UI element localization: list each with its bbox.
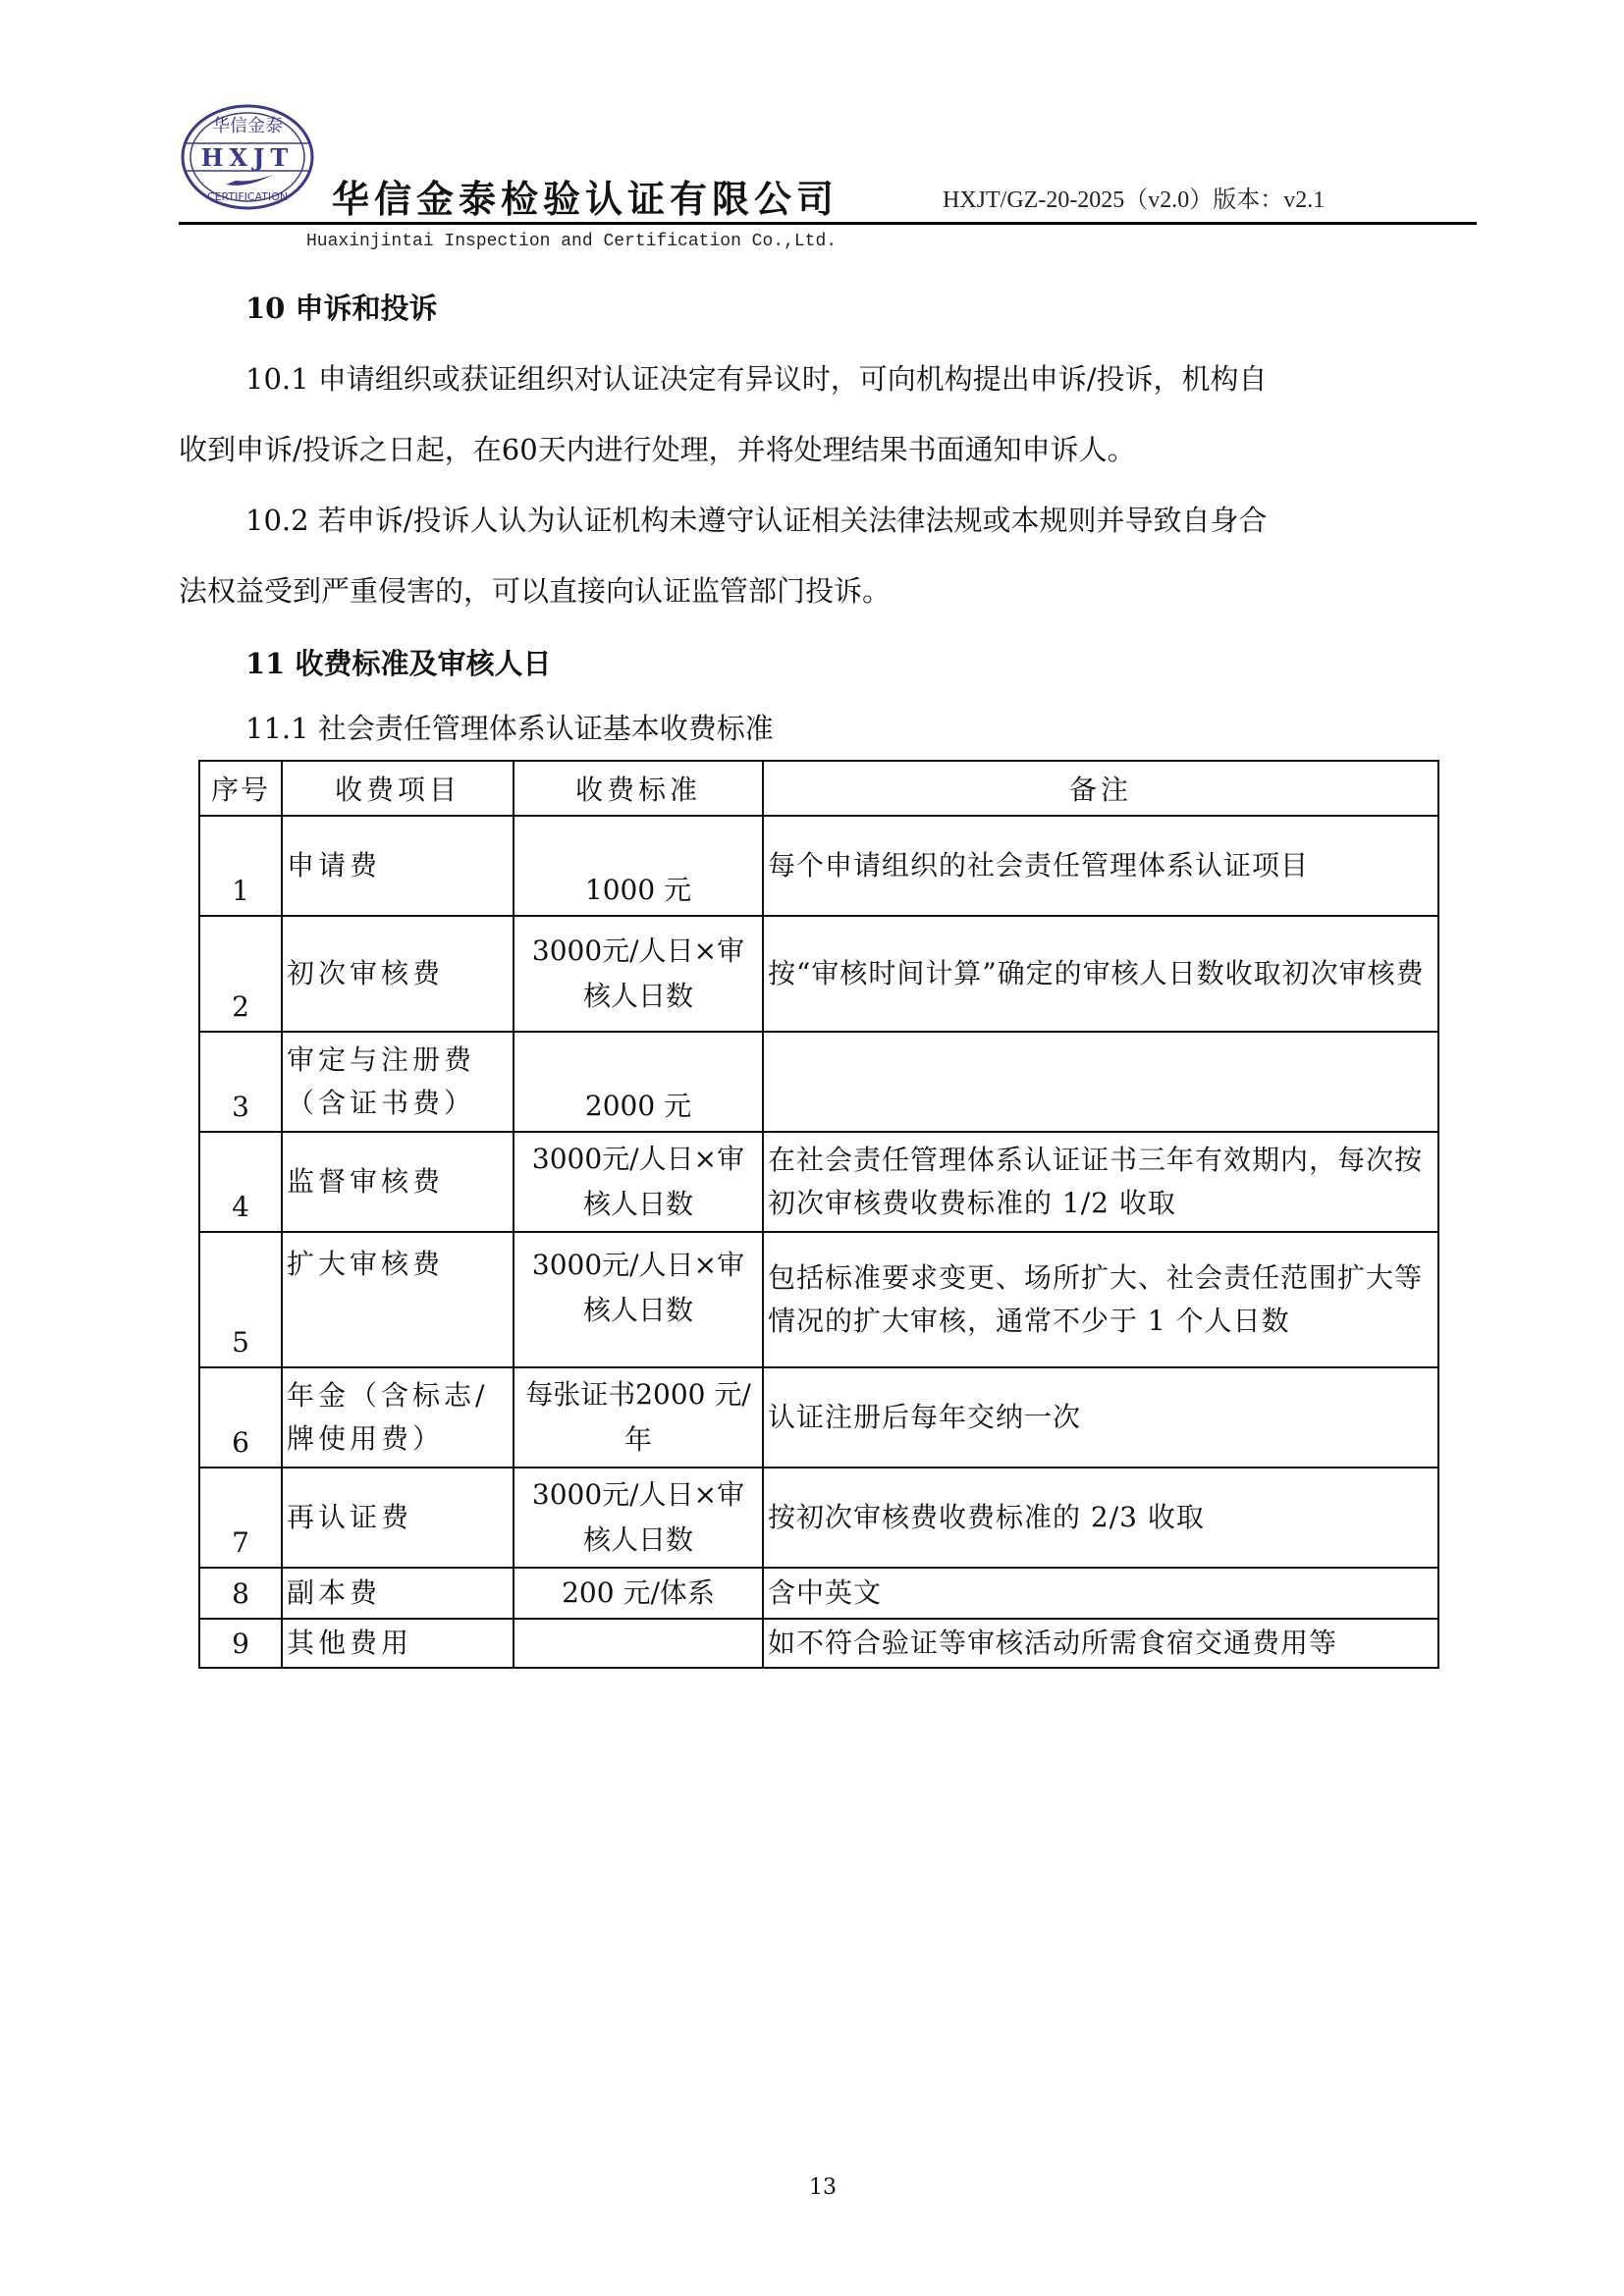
row-standard: 每张证书2000 元/年 [514,1367,763,1468]
company-name-cn: 华信金泰检验认证有限公司 [332,169,839,223]
row-remark: 按“审核时间计算”确定的审核人日数收取初次审核费 [763,916,1438,1032]
svg-text:CERTIFICATION: CERTIFICATION [207,190,288,203]
table-row: 4 监督审核费 3000元/人日×审核人日数 在社会责任管理体系认证证书三年有效… [199,1132,1438,1232]
row-item: 审定与注册费（含证书费） [282,1032,514,1132]
header-standard: 收费标准 [514,761,763,816]
table-row: 1 申请费 1000 元 每个申请组织的社会责任管理体系认证项目 [199,816,1438,916]
paragraph-10-2: 10.2 若申诉/投诉人认为认证机构未遵守认证相关法律法规或本规则并导致自身合 … [179,485,1445,626]
row-standard: 2000 元 [514,1032,763,1132]
header-item: 收费项目 [282,761,514,816]
row-item: 再认证费 [282,1468,514,1568]
paragraph-10-1: 10.1 申请组织或获证组织对认证决定有异议时，可向机构提出申诉/投诉，机构自 … [179,344,1445,485]
row-remark [763,1032,1438,1132]
document-number: HXJT/GZ-20-2025（v2.0）版本：v2.1 [943,180,1325,214]
row-index: 3 [199,1032,282,1132]
row-index: 8 [199,1568,282,1619]
table-row: 2 初次审核费 3000元/人日×审核人日数 按“审核时间计算”确定的审核人日数… [199,916,1438,1032]
row-remark: 含中英文 [763,1568,1438,1619]
paragraph-10-1-line-2: 收到申诉/投诉之日起，在60天内进行处理，并将处理结果书面通知申诉人。 [179,414,1445,485]
row-item: 年金（含标志/牌使用费） [282,1367,514,1468]
header-remark: 备注 [763,761,1438,816]
row-standard [514,1619,763,1668]
table-header-row: 序号 收费项目 收费标准 备注 [199,761,1438,816]
table-row: 6 年金（含标志/牌使用费） 每张证书2000 元/年 认证注册后每年交纳一次 [199,1367,1438,1468]
paragraph-10-1-line-1: 10.1 申请组织或获证组织对认证决定有异议时，可向机构提出申诉/投诉，机构自 [179,344,1445,414]
company-name-en: Huaxinjintai Inspection and Certificatio… [306,232,837,251]
row-index: 5 [199,1232,282,1367]
row-item: 申请费 [282,816,514,916]
header-divider [179,222,1477,225]
row-standard: 3000元/人日×审核人日数 [514,1468,763,1568]
row-remark: 在社会责任管理体系认证证书三年有效期内，每次按初次审核费收费标准的 1/2 收取 [763,1132,1438,1232]
row-remark: 每个申请组织的社会责任管理体系认证项目 [763,816,1438,916]
row-index: 4 [199,1132,282,1232]
subsection-11-1: 11.1 社会责任管理体系认证基本收费标准 [179,699,1445,758]
section-10-heading: 10 申诉和投诉 [245,287,437,327]
row-item: 监督审核费 [282,1132,514,1232]
table-row: 8 副本费 200 元/体系 含中英文 [199,1568,1438,1619]
table-row: 9 其他费用 如不符合验证等审核活动所需食宿交通费用等 [199,1619,1438,1668]
row-index: 6 [199,1367,282,1468]
paragraph-10-2-line-1: 10.2 若申诉/投诉人认为认证机构未遵守认证相关法律法规或本规则并导致自身合 [179,485,1445,556]
row-remark: 认证注册后每年交纳一次 [763,1367,1438,1468]
row-item: 初次审核费 [282,916,514,1032]
subsection-11-1-title: 11.1 社会责任管理体系认证基本收费标准 [179,699,1445,758]
row-index: 2 [199,916,282,1032]
header-index: 序号 [199,761,282,816]
table-row: 5 扩大审核费 3000元/人日×审核人日数 包括标准要求变更、场所扩大、社会责… [199,1232,1438,1367]
row-standard: 3000元/人日×审核人日数 [514,916,763,1032]
row-index: 9 [199,1619,282,1668]
row-item: 副本费 [282,1568,514,1619]
row-index: 7 [199,1468,282,1568]
company-logo: 华信金泰 HXJT CERTIFICATION [179,102,316,212]
row-standard: 3000元/人日×审核人日数 [514,1232,763,1367]
row-index: 1 [199,816,282,916]
page-number: 13 [809,2175,837,2200]
fee-table: 序号 收费项目 收费标准 备注 1 申请费 1000 元 每个申请组织的社会责任… [198,760,1439,1669]
row-standard: 1000 元 [514,816,763,916]
row-remark: 包括标准要求变更、场所扩大、社会责任范围扩大等情况的扩大审核，通常不少于 1 个… [763,1232,1438,1367]
row-item: 其他费用 [282,1619,514,1668]
svg-text:HXJT: HXJT [201,143,295,172]
table-row: 7 再认证费 3000元/人日×审核人日数 按初次审核费收费标准的 2/3 收取 [199,1468,1438,1568]
table-row: 3 审定与注册费（含证书费） 2000 元 [199,1032,1438,1132]
paragraph-10-2-line-2: 法权益受到严重侵害的，可以直接向认证监管部门投诉。 [179,556,1445,626]
svg-text:华信金泰: 华信金泰 [212,116,283,136]
row-standard: 3000元/人日×审核人日数 [514,1132,763,1232]
row-item: 扩大审核费 [282,1232,514,1367]
row-remark: 按初次审核费收费标准的 2/3 收取 [763,1468,1438,1568]
row-remark: 如不符合验证等审核活动所需食宿交通费用等 [763,1619,1438,1668]
row-standard: 200 元/体系 [514,1568,763,1619]
section-11-heading: 11 收费标准及审核人日 [245,642,551,682]
